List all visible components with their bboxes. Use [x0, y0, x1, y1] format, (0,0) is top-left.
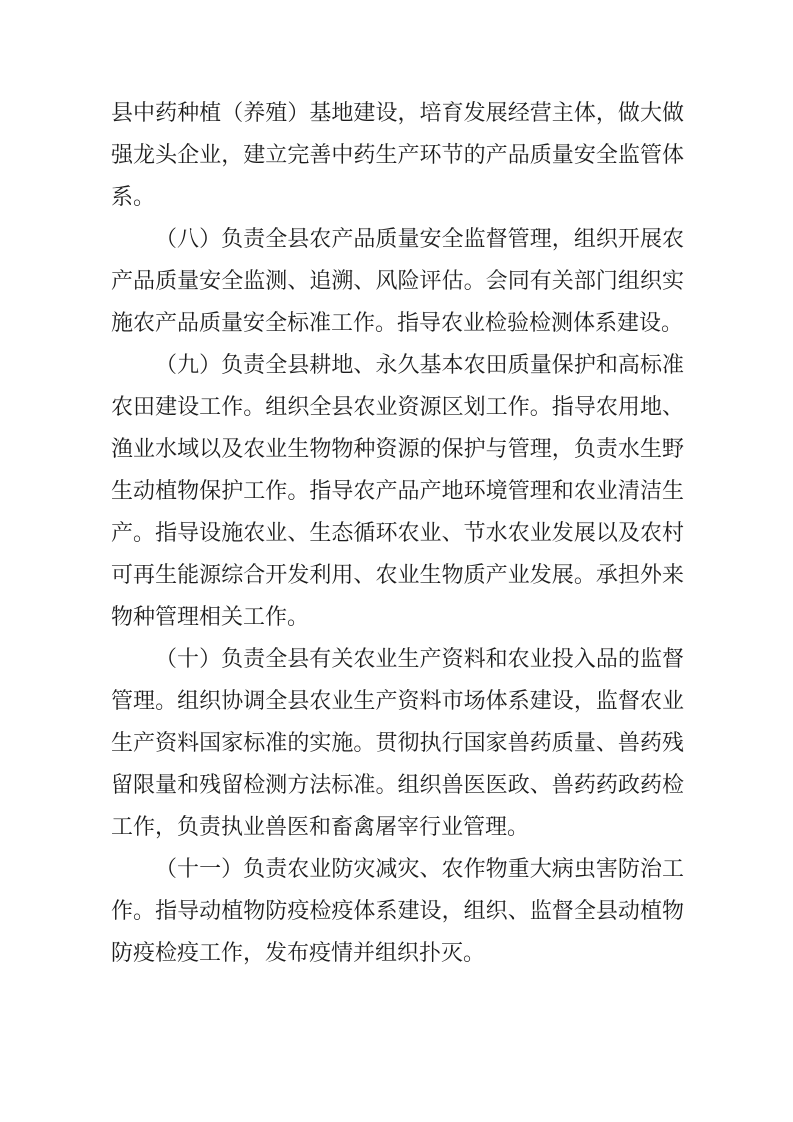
paragraph-item-11: （十一）负责农业防灾减灾、农作物重大病虫害防治工作。指导动植物防疫检疫体系建设，…: [111, 849, 684, 975]
document-page: 县中药种植（养殖）基地建设，培育发展经营主体，做大做强龙头企业，建立完善中药生产…: [0, 0, 793, 1122]
paragraph-continuation: 县中药种植（养殖）基地建设，培育发展经营主体，做大做强龙头企业，建立完善中药生产…: [111, 93, 684, 219]
paragraph-item-8: （八）负责全县农产品质量安全监督管理，组织开展农产品质量安全监测、追溯、风险评估…: [111, 219, 684, 345]
document-body-text: 县中药种植（养殖）基地建设，培育发展经营主体，做大做强龙头企业，建立完善中药生产…: [111, 93, 684, 975]
paragraph-item-10: （十）负责全县有关农业生产资料和农业投入品的监督管理。组织协调全县农业生产资料市…: [111, 639, 684, 849]
paragraph-item-9: （九）负责全县耕地、永久基本农田质量保护和高标准农田建设工作。组织全县农业资源区…: [111, 345, 684, 639]
